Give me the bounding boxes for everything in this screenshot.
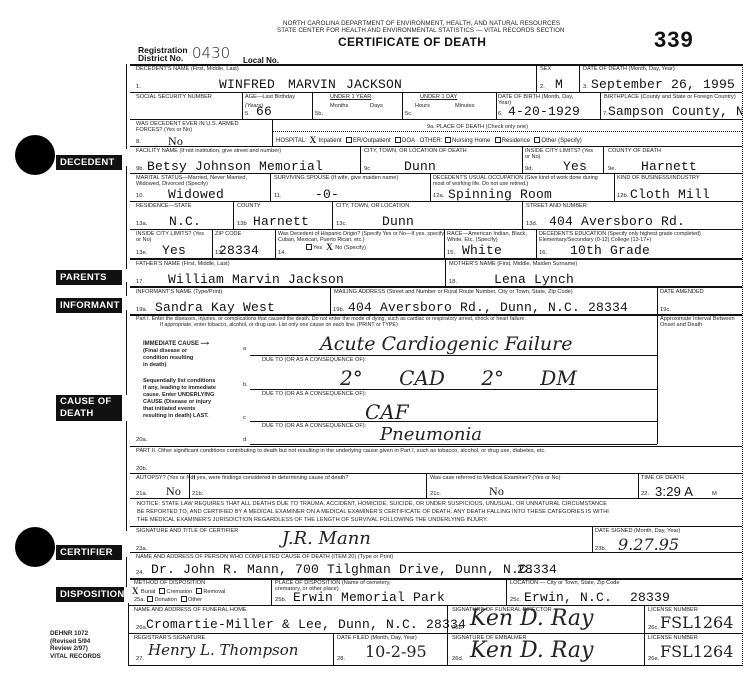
hispanic-label: Was Decedent of Hispanic Origin? (Specif… [278, 231, 446, 243]
time-of-death-label: TIME OF DEATH [641, 475, 684, 481]
rule [270, 173, 271, 201]
item-num: 24. [136, 570, 144, 576]
checkbox-burial-checked[interactable]: X [132, 588, 140, 594]
race: White [462, 243, 502, 258]
residence-state-label: RESIDENCE—STATE [136, 203, 191, 209]
checkbox-inpatient-checked[interactable]: X [310, 137, 318, 143]
item-num: 15. [447, 250, 455, 256]
informant-name: Sandra Kay West [155, 300, 275, 315]
part2-instructions: PART II. Other significant conditions co… [136, 448, 546, 454]
line-d-letter: d [243, 437, 246, 443]
district-number: 0430 [192, 44, 230, 62]
immediate-sub-1: (Final disease or [143, 348, 187, 354]
inside-city-limits: Yes [563, 159, 587, 174]
section-tab-informant: INFORMANT [56, 298, 122, 313]
item-num: 20b. [136, 466, 147, 472]
item-num: 13d. [526, 221, 537, 227]
method-burial: Burial [141, 589, 155, 595]
cause-tab-line2: DEATH [60, 408, 122, 420]
disposition-location: Erwin, N.C. [524, 590, 612, 605]
immediate-sub-2: condition resulting [143, 355, 193, 361]
rule [536, 64, 537, 92]
registration-district-label: Registration District No. [138, 46, 188, 62]
marital-status-label: MARITAL STATUS—Married, Never Married, W… [136, 175, 266, 188]
item-num: 5c. [405, 111, 413, 117]
date-amended-label: DATE AMENDED [660, 289, 704, 295]
director-signature: Ken D. Ray [470, 606, 593, 631]
rule [130, 498, 742, 499]
residence-city-label: CITY, TOWN, OR LOCATION [336, 203, 409, 209]
district-label: District No. [138, 54, 188, 62]
sequential-5: that initiated events [143, 406, 196, 412]
rule [402, 92, 403, 119]
father-name: William Marvin Jackson [168, 272, 344, 287]
item-num: 9d. [525, 166, 533, 172]
rule [189, 473, 190, 498]
method-options-row-2: 25a. Donation Other [134, 596, 202, 603]
rule [592, 526, 593, 552]
immediate-cause-label: IMMEDIATE CAUSE ⟶ [143, 341, 209, 347]
street-address: 404 Aversboro Rd. [549, 214, 685, 229]
birthplace-label: BIRTHPLACE (County and State or Foreign … [604, 94, 738, 100]
method-options-row-1: XBurial Cremation Removal [131, 588, 225, 595]
item-num: 18. [449, 279, 457, 285]
item-num: 26d. [452, 656, 463, 662]
dod-label: DATE OF DEATH (Month, Day, Year) [583, 66, 675, 72]
street-label: STREET AND NUMBER [526, 203, 587, 209]
res-inside-city-limits: Yes [162, 243, 186, 258]
hispanic-no-label: No (Specify) [335, 245, 366, 251]
option-inpatient: Inpatient [319, 138, 342, 144]
age-value: 66 [256, 104, 272, 119]
checkbox-doa[interactable] [395, 137, 401, 143]
rule [130, 258, 742, 260]
disposition-zip: 28339 [630, 590, 670, 605]
sequential-1: Sequentially list conditions [143, 378, 215, 384]
checkbox-nursing-home[interactable] [445, 137, 451, 143]
method-removal: Removal [203, 589, 225, 595]
residence-county: Harnett [253, 214, 309, 229]
autopsy-label: AUTOPSY? (Yes or No) [136, 475, 195, 481]
frame-line [126, 310, 127, 395]
item-num: 11. [274, 193, 282, 199]
facility-name: Betsy Johnson Memorial [147, 159, 323, 174]
option-doa: DOA [402, 138, 415, 144]
rule [603, 146, 604, 173]
item-num: 12b. [617, 193, 628, 199]
industry: Cloth Mill [630, 187, 710, 202]
item-num: 21a. [136, 491, 147, 497]
findings-label: If yes, were findings considered in dete… [192, 475, 348, 481]
sequential-6: resulting in death) LAST. [143, 413, 209, 419]
method-cremation: Cremation [166, 589, 192, 595]
option-other: Other (Specify) [541, 138, 581, 144]
item-num: 19a. [136, 307, 147, 313]
date-of-death: September 26, 1995 [591, 77, 735, 92]
informant-address: 404 Aversboro Rd., Dunn, N.C. 28334 [348, 300, 628, 315]
date-of-birth: 4-20-1929 [508, 104, 580, 119]
rule [312, 92, 313, 119]
license-2-label: LICENSE NUMBER [648, 635, 698, 641]
hospital-label: HOSPITAL: [276, 138, 307, 144]
immediate-sub-3: in death) [143, 362, 166, 368]
item-num: 5. [245, 111, 250, 117]
frame-line [126, 557, 127, 587]
item-num: 9c [364, 166, 370, 172]
certificate-title: CERTIFICATE OF DEATH [338, 35, 486, 49]
frame-line [128, 603, 129, 665]
father-label: FATHER'S NAME (First, Middle, Last) [136, 261, 230, 267]
date-filed-label: DATE FILED (Month, Day, Year) [337, 635, 417, 641]
rule [444, 229, 445, 258]
residence-city: Dunn [382, 214, 414, 229]
rule [430, 173, 431, 201]
method-other: Other [188, 597, 202, 603]
rule [644, 605, 645, 665]
minutes-label: Minutes [455, 103, 475, 109]
months-label: Months [330, 103, 348, 109]
item-num: 14. [278, 250, 286, 256]
rule [614, 173, 615, 201]
certifier-signature-label: SIGNATURE AND TITLE OF CERTIFIER [136, 528, 238, 534]
rule [130, 526, 742, 527]
rule [130, 446, 742, 447]
sex-label: SEX [540, 66, 551, 72]
item-num: 5b. [315, 111, 323, 117]
form-code-line: DEHNR 1072 [50, 630, 101, 638]
hispanic-yes-label: Yes [313, 245, 322, 251]
funeral-home: Cromartie-Miller & Lee, Dunn, N.C. 28334 [146, 617, 466, 632]
item-num: 22. [641, 491, 649, 497]
date-filed: 10-2-95 [365, 642, 427, 661]
rule [212, 229, 213, 258]
option-residence: Residence [502, 138, 530, 144]
under-1day-label: UNDER 1 DAY [420, 94, 457, 100]
item-num: 20a. [136, 437, 147, 443]
county-of-death-label: COUNTY OF DEATH [608, 148, 661, 154]
res-inside-city-label: INSIDE CITY LIMITS? (Yes or No) [136, 231, 206, 244]
autopsy-value: No [166, 484, 181, 499]
decedent-bullet [15, 135, 55, 175]
form-code: DEHNR 1072 (Revised 5/94 Review 2/97) VI… [50, 630, 101, 660]
rule [272, 131, 742, 132]
item-num: 26c. [648, 625, 659, 631]
rule [522, 146, 523, 173]
rule [130, 92, 742, 93]
zip-label: ZIP CODE [215, 231, 241, 237]
embalmer-signature: Ken D. Ray [470, 638, 593, 663]
sequential-3: cause. Enter UNDERLYING [143, 392, 214, 398]
item-num: 16. [539, 250, 547, 256]
armed-forces-label: WAS DECEDENT EVER IN U.S. ARMED FORCES? … [136, 121, 266, 134]
race-label: RACE—American Indian, Black, White, Etc.… [447, 231, 537, 244]
birthplace: Sampson County, NC [608, 104, 742, 119]
item-num: 3. [583, 84, 588, 90]
section-tab-cause-of-death: CAUSE OF DEATH [56, 395, 122, 421]
residence-state: N.C. [169, 214, 201, 229]
form-code-line: (Revised 5/94 [50, 638, 101, 646]
frame-line [126, 282, 127, 296]
rule [130, 229, 742, 230]
occupation: Spinning Room [448, 187, 552, 202]
frame-line [126, 64, 127, 149]
rule [130, 146, 742, 147]
rule [333, 633, 334, 665]
sequential-2: if any, leading to immediate [143, 385, 216, 391]
rule [275, 229, 276, 258]
decedent-first-name: WINFRED [219, 77, 275, 92]
occupation-label: DECEDENT'S USUAL OCCUPATION (Give kind o… [433, 175, 608, 188]
line-c-letter: c [243, 415, 246, 421]
zip-code: 28334 [219, 243, 259, 258]
section-tab-decedent: DECEDENT [56, 155, 122, 170]
due-to-b: DUE TO (OR AS A CONSEQUENCE OF): [262, 391, 366, 397]
form-code-line: Review 2/97) [50, 645, 101, 653]
rule [657, 314, 658, 444]
item-num: 9b. [136, 166, 144, 172]
item-num: 27. [136, 656, 144, 662]
registrar-signature: Henry L. Thompson [148, 641, 298, 659]
method-donation: Donation [154, 597, 176, 603]
rule [250, 355, 657, 356]
rule [445, 258, 446, 286]
date-signed-label: DATE SIGNED (Month, Day, Year) [595, 528, 680, 534]
notice-line-1: NOTICE: STATE LAW REQUIRES THAT ALL DEAT… [137, 500, 607, 508]
section-tab-disposition: DISPOSITION [56, 587, 124, 602]
item-num: 13e. [136, 250, 147, 256]
rule [330, 286, 331, 314]
rule [496, 92, 497, 119]
due-to-c: DUE TO (OR AS A CONSEQUENCE OF): [262, 423, 366, 429]
county-of-death: Harnett [641, 159, 697, 174]
item-num: 26e. [648, 656, 659, 662]
item-num: 21b. [192, 491, 203, 497]
checkbox-donation[interactable] [147, 596, 153, 602]
industry-label: KIND OF BUSINESS/INDUSTRY [617, 175, 700, 181]
license-2: FSL1264 [660, 642, 733, 661]
cause-tab-line1: CAUSE OF [60, 396, 122, 408]
rule [128, 633, 742, 634]
item-num: 17. [136, 279, 144, 285]
rule [130, 201, 742, 202]
rule [638, 473, 639, 498]
completer-label: NAME AND ADDRESS OF PERSON WHO COMPLETED… [136, 554, 393, 560]
item-num: 6. [498, 111, 503, 117]
method-label: METHOD OF DISPOSITION [134, 580, 205, 586]
item-num: 10. [136, 193, 144, 199]
decedent-last-name: JACKSON [346, 77, 402, 92]
rule [242, 92, 243, 119]
item-num: 25a. [134, 597, 145, 603]
notice-line-2: BE REPORTED TO, AND CERTIFIED BY A MEDIC… [137, 508, 609, 516]
name-label: DECEDENT'S NAME (First, Middle, Last) [136, 66, 239, 72]
informant-address-label: MAILING ADDRESS (Street and Number or Ru… [334, 289, 573, 295]
rule [332, 201, 333, 229]
cause-line-a: Acute Cardiogenic Failure [320, 333, 572, 355]
age-label: AGE—Last Birthday [245, 94, 295, 100]
rule [130, 473, 742, 474]
surviving-spouse: -0- [315, 187, 339, 202]
mother-name: Lena Lynch [494, 272, 574, 287]
days-label: Days [370, 103, 383, 109]
certificate-number: 339 [654, 27, 694, 53]
certifier-bullet [15, 527, 55, 567]
notice-line-3: THE MEDICAL EXAMINER'S JURISDICTION REGA… [137, 516, 488, 524]
item-num: 2. [540, 84, 545, 90]
option-er: ER/Outpatient [353, 138, 391, 144]
item-num: 26b. [452, 625, 463, 631]
checkbox-other[interactable] [534, 137, 540, 143]
item-num: 28. [337, 656, 345, 662]
facility-label: FACILITY NAME (If not institution, give … [136, 148, 281, 154]
sequential-4: CAUSE (Disease or injury [143, 399, 211, 405]
form-code-line: VITAL RECORDS [50, 653, 101, 661]
completer-name-address: Dr. John R. Mann, 700 Tilghman Drive, Du… [151, 562, 535, 577]
certifier-signature: J.R. Mann [282, 528, 371, 549]
section-tab-parents: PARENTS [56, 270, 122, 285]
due-to-a: DUE TO (OR AS A CONSEQUENCE OF): [262, 357, 366, 363]
item-num: 1. [136, 84, 141, 90]
part1-instructions-2: If appropriate, enter tobacco, alcohol, … [160, 322, 398, 328]
time-of-death: 3:29 A [655, 484, 693, 499]
marital-status: Widowed [168, 187, 224, 202]
hours-label: Hours [415, 103, 430, 109]
place-of-disposition: Erwin Memorial Park [293, 590, 445, 605]
cause-line-c: CAF [365, 400, 409, 424]
option-nursing-home: Nursing Home [452, 138, 490, 144]
completer-zip: 28334 [517, 562, 557, 577]
section-tab-certifier: CERTIFIER [56, 545, 122, 560]
item-num: 13b [237, 221, 247, 227]
informant-name-label: INFORMANT'S NAME (Type/Print) [136, 289, 222, 295]
spouse-label: SURVIVING SPOUSE (If wife, give maiden n… [274, 175, 398, 181]
medical-examiner-label: Was case referred to Medical Examiner? (… [430, 475, 560, 481]
rule [130, 286, 742, 288]
checkbox-hispanic-no-checked[interactable]: X [326, 244, 334, 250]
agency-line-2: STATE CENTER FOR HEALTH AND ENVIRONMENTA… [277, 28, 565, 34]
rule [600, 92, 601, 119]
frame-line [126, 421, 127, 531]
rule [130, 552, 742, 553]
checkbox-er-outpatient[interactable] [346, 137, 352, 143]
rule [128, 665, 742, 666]
checkbox-hispanic-yes[interactable] [306, 244, 312, 250]
checkbox-residence[interactable] [495, 137, 501, 143]
rule [128, 605, 742, 606]
rule [579, 64, 580, 92]
rule [426, 473, 427, 498]
sex-value: M [555, 77, 563, 92]
checkbox-removal[interactable] [196, 588, 202, 594]
rule [506, 578, 507, 605]
rule [272, 119, 273, 146]
hispanic-options: Yes XNo (Specify) [305, 244, 366, 251]
rule [657, 286, 658, 314]
line-a-letter: a [243, 346, 246, 352]
rule [522, 201, 523, 229]
item-num: 13c. [336, 221, 347, 227]
item-num: 8. [136, 139, 141, 145]
time-suffix: M [712, 491, 717, 497]
ssn-label: SOCIAL SECURITY NUMBER [136, 94, 212, 100]
immediate-cause-text: IMMEDIATE CAUSE [143, 341, 199, 347]
item-num: 19b. [333, 307, 344, 313]
line-b-letter: b. [243, 382, 248, 388]
item-num: 13a. [136, 221, 147, 227]
education-label: DECEDENT'S EDUCATION (Specify only highe… [539, 231, 739, 243]
rule [447, 605, 448, 665]
rule [250, 421, 657, 422]
interval-label: Approximate Interval Between Onset and D… [660, 316, 740, 329]
education: 10th Grade [570, 243, 650, 258]
cause-line-b: 2° CAD 2° DM [340, 366, 577, 390]
item-num: 12a. [433, 193, 444, 199]
item-num: 25b. [275, 597, 286, 603]
cause-line-d: Pneumonia [380, 424, 482, 445]
city-of-death-label: CITY, TOWN, OR LOCATION OF DEATH [364, 148, 467, 154]
rule [271, 578, 272, 605]
rule [536, 229, 537, 258]
mother-label: MOTHER'S NAME (First, Middle, Maiden Sur… [449, 261, 577, 267]
rule [130, 173, 742, 174]
item-num: 19c. [660, 307, 671, 313]
other-label: OTHER: [420, 138, 443, 144]
item-num: 25c. [510, 597, 521, 603]
rule [360, 146, 361, 173]
under-1yr-label: UNDER 1 YEAR [330, 94, 371, 100]
checkbox-cremation[interactable] [159, 588, 165, 594]
place-of-death-options: HOSPITAL: XInpatient ER/Outpatient DOA O… [276, 137, 582, 144]
rule [233, 201, 234, 229]
residence-county-label: COUNTY [237, 203, 261, 209]
city-of-death: Dunn [404, 159, 436, 174]
license-1: FSL1264 [660, 613, 733, 632]
rule [130, 578, 742, 580]
place-of-death-label: 9a. PLACE OF DEATH (Check only one) [427, 124, 528, 130]
funeral-home-label: NAME AND ADDRESS OF FUNERAL HOME [134, 607, 247, 613]
checkbox-other-method[interactable] [181, 596, 187, 602]
frame-line-right [742, 64, 743, 666]
decedent-middle-name: MARVIN [288, 77, 336, 92]
medical-examiner-value: No [489, 484, 504, 499]
item-num: 21c. [430, 491, 441, 497]
rule [130, 119, 742, 120]
location-label: LOCATION — City or Town, State, Zip Code [510, 580, 620, 586]
frame-line [126, 166, 127, 269]
item-num: 9e. [608, 166, 616, 172]
